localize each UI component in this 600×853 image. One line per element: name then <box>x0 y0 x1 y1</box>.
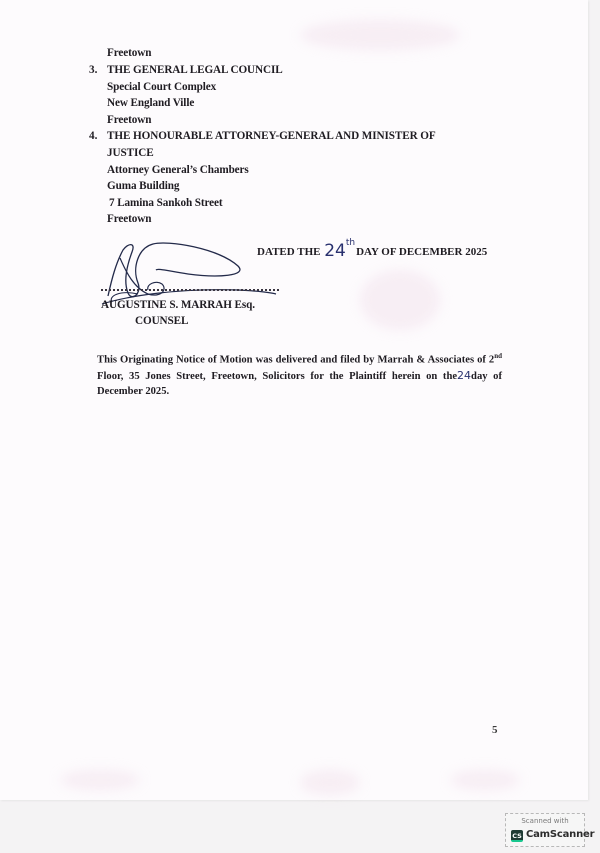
address-line: Attorney General’s Chambers <box>107 163 249 177</box>
signature-dotted-line <box>101 289 279 291</box>
party-name: THE GENERAL LEGAL COUNCIL <box>107 63 283 77</box>
dated-suffix: DAY OF DECEMBER 2025 <box>356 246 487 258</box>
filing-text: This Originating Notice of Motion was de… <box>97 355 494 366</box>
address-line: 7 Lamina Sankoh Street <box>109 196 223 210</box>
scan-smudge <box>360 270 440 330</box>
camscanner-badge: Scanned with CS CamScanner <box>505 813 585 847</box>
handwritten-filing-day: 24 <box>457 369 471 382</box>
address-line: Freetown <box>107 113 151 127</box>
dated-line: DATED THE 24thDAY OF DECEMBER 2025 <box>257 240 487 260</box>
scan-smudge <box>450 770 520 790</box>
document-page: Freetown 3. THE GENERAL LEGAL COUNCIL Sp… <box>0 0 588 800</box>
address-line: New England Ville <box>107 96 194 110</box>
address-line: Freetown <box>107 46 151 60</box>
handwritten-day: 24th <box>324 241 355 261</box>
handwritten-day-suffix: th <box>346 238 355 248</box>
page-number: 5 <box>492 724 498 736</box>
scan-smudge <box>60 770 140 790</box>
party-number: 4. <box>89 129 97 143</box>
party-number: 3. <box>89 63 97 77</box>
address-line: Guma Building <box>107 179 179 193</box>
floor-superscript: nd <box>494 352 502 360</box>
badge-caption: Scanned with <box>506 817 584 825</box>
scan-smudge <box>300 770 360 795</box>
party-name: JUSTICE <box>107 146 154 160</box>
badge-brand: CamScanner <box>526 829 594 840</box>
handwritten-day-number: 24 <box>324 241 346 261</box>
camscanner-logo-icon: CS <box>511 830 523 842</box>
signatory-name: AUGUSTINE S. MARRAH Esq. <box>101 298 255 312</box>
scan-smudge <box>300 20 460 50</box>
filing-note: This Originating Notice of Motion was de… <box>97 349 502 399</box>
party-name: THE HONOURABLE ATTORNEY-GENERAL AND MINI… <box>107 129 436 143</box>
signatory-title: COUNSEL <box>135 314 188 328</box>
filing-text: Floor, 35 Jones Street, Freetown, Solici… <box>97 371 457 382</box>
address-line: Special Court Complex <box>107 80 216 94</box>
address-line: Freetown <box>107 212 151 226</box>
